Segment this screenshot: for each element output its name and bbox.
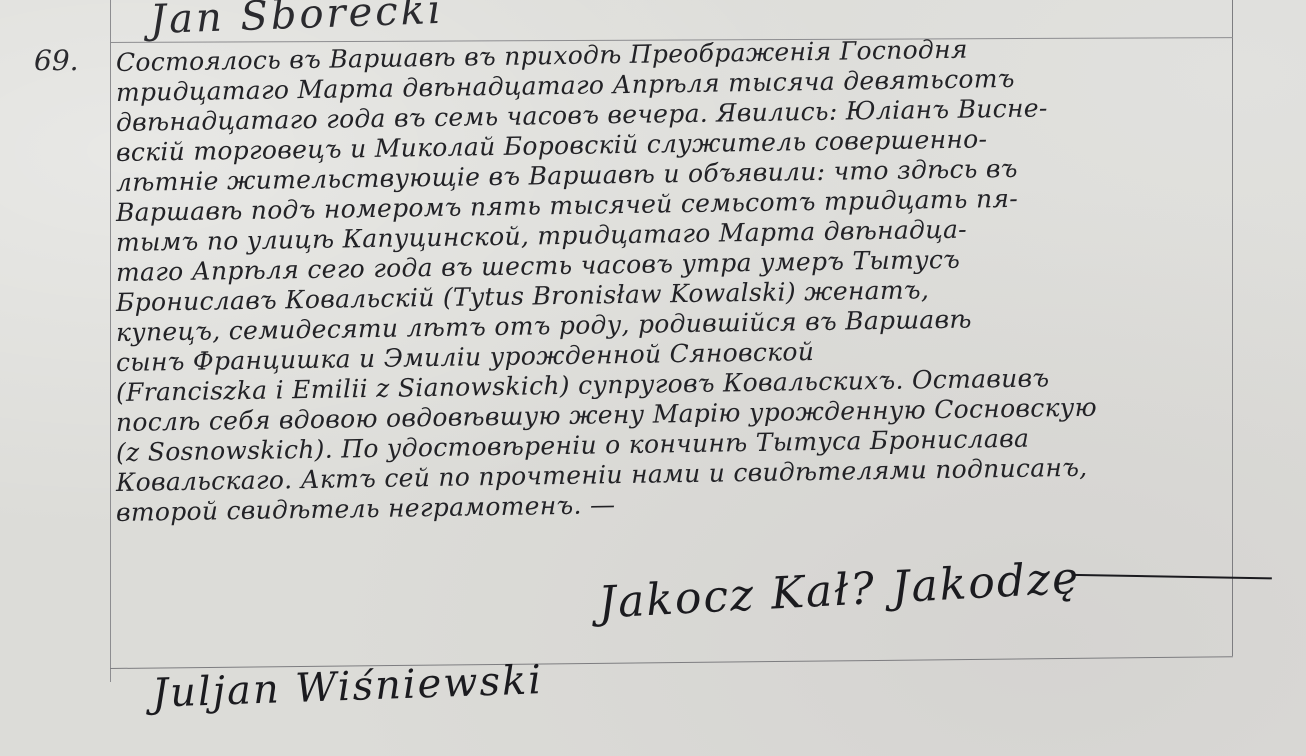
- record-body: Состоялось въ Варшавѣ въ приходѣ Преобра…: [116, 48, 1228, 528]
- record-header-name: Jan Sborecki: [149, 0, 444, 43]
- frame-rule-left: [110, 0, 111, 682]
- record-number: 69.: [34, 44, 79, 77]
- witness-signature: Jakocz Kał? Jakodzę: [597, 542, 1273, 628]
- witness-signature-text: Jakocz Kał? Jakodzę: [597, 552, 1081, 628]
- register-page: Jan Sborecki 69. Состоялось въ Варшавѣ в…: [0, 0, 1306, 756]
- signature-flourish: [1072, 573, 1272, 578]
